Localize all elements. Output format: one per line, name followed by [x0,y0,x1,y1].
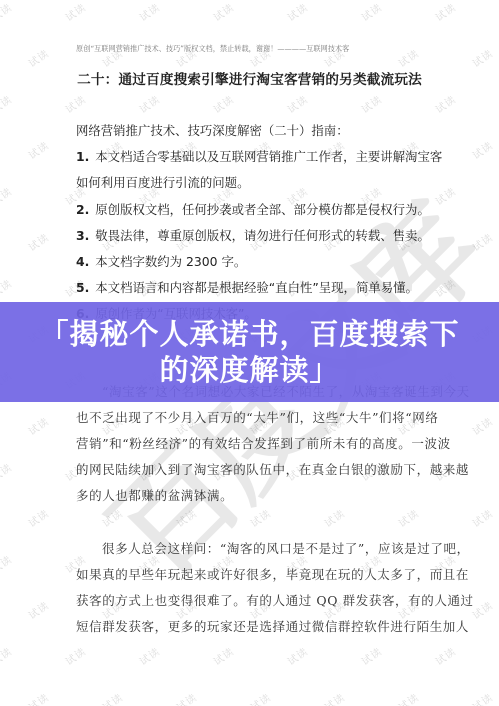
copyright-header: 原创“互联网营销推广技术、技巧”版权文档，禁止转载，谢谢！————互联网技术客 [76,44,436,54]
watermark-text: 试读 [469,413,496,438]
watermark-text: 试读 [432,91,459,116]
guide-item-number: 5. [76,280,89,295]
watermark-text: 试读 [0,643,14,668]
watermark-text: 试读 [62,643,89,668]
watermark-text: 试读 [358,91,385,116]
banner-title-line-2: 的深度解读」 [25,352,475,388]
banner-title-line-1: 「揭秘个人承诺书，百度搜索下 [25,316,475,352]
watermark-text: 试读 [395,689,422,706]
watermark-text: 试读 [210,0,237,24]
watermark-text: 试读 [469,137,496,162]
watermark-text: 试读 [25,45,52,70]
watermark-text: 试读 [0,91,14,116]
watermark-text: 试读 [284,643,311,668]
watermark-text: 试读 [0,183,14,208]
guide-item-text: 本文档适合零基础以及互联网营销推广工作者，主要讲解淘宝客 [95,149,442,164]
watermark-text: 试读 [284,0,311,24]
title-banner: 「揭秘个人承诺书，百度搜索下 的深度解读」 [0,302,499,402]
watermark-text: 试读 [358,0,385,24]
guide-item-text: 原创版权文档，任何抄袭或者全部、部分模仿都是侵权行为。 [95,202,430,217]
guide-section: 网络营销推广技术、技巧深度解密（二十）指南： 1. 本文档适合零基础以及互联网营… [76,121,436,331]
watermark-text: 试读 [210,643,237,668]
guide-item-number: 1. [76,149,89,164]
watermark-text: 试读 [25,597,52,622]
guide-item-text: 如何利用百度进行引流的问题。 [76,175,249,190]
guide-item: 4. 本文档字数约为 2300 字。 [76,252,436,278]
paragraph-line: 短信群发获客，更多的玩家还是选择通过微信群控软件进行陌生加人 [76,617,424,643]
paragraph-line: 的网民陆续加入到了淘宝客的队伍中，在真金白银的激励下，越来越 [76,460,424,486]
watermark-text: 试读 [136,91,163,116]
paragraph-line: 如果真的早些年玩起来或许好很多，毕竟现在玩的人太多了，而且在 [76,565,424,591]
watermark-text: 试读 [173,689,200,706]
paragraph-question: 很多人总会这样问：“淘客的风口是不是过了”，应该是过了吧， 如果真的早些年玩起来… [76,539,424,643]
guide-item-text: 本文档字数约为 2300 字。 [95,254,246,269]
watermark-text: 试读 [432,643,459,668]
watermark-text: 试读 [25,413,52,438]
guide-item-text: 敬畏法律，尊重原创版权，请勿进行任何形式的转载、售卖。 [95,228,430,243]
watermark-text: 试读 [247,689,274,706]
watermark-text: 试读 [432,0,459,24]
paragraph-line: 也不乏出现了不少月入百万的“大牛”们，这些“大牛”们将“网络 [76,408,424,434]
watermark-text: 试读 [99,689,126,706]
watermark-text: 试读 [358,643,385,668]
watermark-text: 试读 [469,505,496,530]
watermark-text: 试读 [25,689,52,706]
watermark-text: 试读 [62,0,89,24]
watermark-text: 试读 [0,0,14,24]
guide-item-number: 2. [76,202,89,217]
watermark-text: 试读 [136,643,163,668]
watermark-text: 试读 [469,689,496,706]
guide-item-number: 4. [76,254,89,269]
guide-item: 1. 本文档适合零基础以及互联网营销推广工作者，主要讲解淘宝客 [76,147,436,173]
watermark-text: 试读 [469,45,496,70]
watermark-text: 试读 [136,0,163,24]
guide-item: 5. 本文档语言和内容都是根据经验“直白性”呈现，简单易懂。 [76,278,436,304]
watermark-text: 试读 [25,137,52,162]
paragraph-line: 多的人也都赚的盆满钵满。 [76,486,424,512]
watermark-text: 试读 [0,275,14,300]
watermark-text: 试读 [25,505,52,530]
paragraph-line: 获客的方式上也变得很难了。有的人通过 QQ 群发获客，有的人通过 [76,591,424,617]
guide-item-number: 3. [76,228,89,243]
watermark-text: 试读 [210,91,237,116]
paragraph-line: 营销”和“粉丝经济”的有效结合发挥到了前所未有的高度。一波波 [76,434,424,460]
document-title: 二十：通过百度搜索引擎进行淘宝客营销的另类截流玩法 [0,68,499,88]
watermark-text: 试读 [0,551,14,576]
watermark-text: 试读 [284,91,311,116]
watermark-text: 试读 [0,459,14,484]
guide-item: 3. 敬畏法律，尊重原创版权，请勿进行任何形式的转载、售卖。 [76,226,436,252]
guide-item: 如何利用百度进行引流的问题。 [76,173,436,199]
document-page: 试读试读试读试读试读试读试读试读试读试读试读试读试读试读试读试读试读试读试读试读… [0,0,499,706]
watermark-text: 试读 [469,229,496,254]
paragraph-line: 很多人总会这样问：“淘客的风口是不是过了”，应该是过了吧， [76,539,424,565]
guide-heading: 网络营销推广技术、技巧深度解密（二十）指南： [76,121,436,147]
guide-item: 2. 原创版权文档，任何抄袭或者全部、部分模仿都是侵权行为。 [76,200,436,226]
guide-item-text: 本文档语言和内容都是根据经验“直白性”呈现，简单易懂。 [95,280,418,295]
watermark-text: 试读 [321,689,348,706]
watermark-text: 试读 [62,91,89,116]
watermark-text: 试读 [25,229,52,254]
